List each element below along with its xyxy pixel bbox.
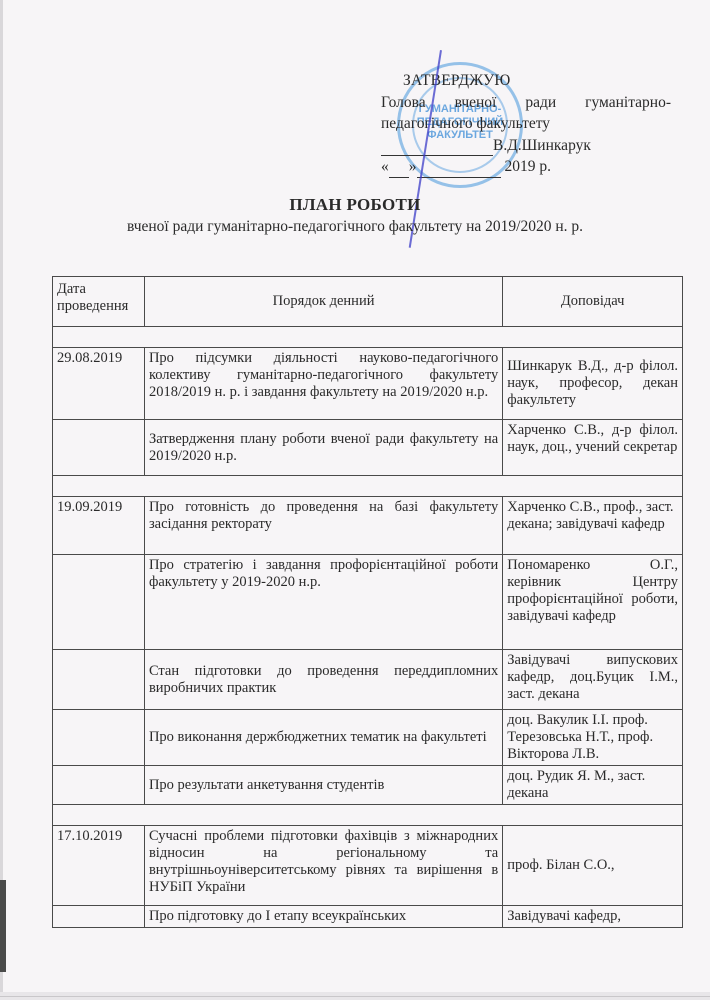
row-date xyxy=(53,906,145,928)
plan-subtitle: вченої ради гуманітарно-педагогічного фа… xyxy=(0,218,710,236)
approval-title: ЗАТВЕРДЖУЮ xyxy=(381,70,671,92)
table-row: 29.08.2019 Про підсумки діяльності науко… xyxy=(53,348,683,420)
row-date: 29.08.2019 xyxy=(53,348,145,420)
row-speaker: доц. Вакулик І.І. проф. Терезовська Н.Т.… xyxy=(503,710,683,766)
row-date xyxy=(53,650,145,710)
header-speaker: Доповідач xyxy=(503,277,683,327)
row-speaker: Завідувачі кафедр, xyxy=(503,906,683,928)
day-blank xyxy=(389,161,409,178)
approval-block: ЗАТВЕРДЖУЮ Голова вченої ради гуманітарн… xyxy=(381,70,671,178)
table-row: Стан підготовки до проведення переддипло… xyxy=(53,650,683,710)
row-date xyxy=(53,710,145,766)
table-row: Про результати анкетування студентів доц… xyxy=(53,766,683,805)
header-date: Дата проведення xyxy=(53,277,145,327)
date-quote-open: « xyxy=(381,156,389,178)
row-date xyxy=(53,766,145,805)
row-agenda: Про стратегію і завдання профорієнтаційн… xyxy=(144,555,502,650)
separator-row xyxy=(53,476,683,497)
row-speaker: доц. Рудик Я. М., заст. декана xyxy=(503,766,683,805)
row-date: 17.10.2019 xyxy=(53,826,145,906)
approval-signer: В.Д.Шинкарук xyxy=(493,135,591,157)
approval-line: педагогічного факультету xyxy=(381,113,671,135)
row-speaker: Пономаренко О.Г., керівник Центру профор… xyxy=(503,555,683,650)
row-speaker: Завідувачі випускових кафедр, доц.Буцик … xyxy=(503,650,683,710)
header-agenda: Порядок денний xyxy=(144,277,502,327)
table-row: Про стратегію і завдання профорієнтаційн… xyxy=(53,555,683,650)
work-plan-table: Дата проведення Порядок денний Доповідач… xyxy=(52,276,683,928)
row-agenda: Про підготовку до І етапу всеукраїнських xyxy=(144,906,502,928)
separator-row xyxy=(53,805,683,826)
separator-row xyxy=(53,327,683,348)
table-row: Про виконання держбюджетних тематик на ф… xyxy=(53,710,683,766)
row-date: 19.09.2019 xyxy=(53,497,145,555)
table-header-row: Дата проведення Порядок денний Доповідач xyxy=(53,277,683,327)
approval-line: Голова вченої ради гуманітарно- xyxy=(381,92,671,114)
row-speaker: Шинкарук В.Д., д-р філол. наук, професор… xyxy=(503,348,683,420)
row-agenda: Про виконання держбюджетних тематик на ф… xyxy=(144,710,502,766)
table-row: 17.10.2019 Сучасні проблеми підготовки ф… xyxy=(53,826,683,906)
scan-edge-bottom-line xyxy=(0,996,710,997)
plan-title: ПЛАН РОБОТИ xyxy=(0,195,710,215)
row-agenda: Сучасні проблеми підготовки фахівців з м… xyxy=(144,826,502,906)
table-row: 19.09.2019 Про готовність до проведення … xyxy=(53,497,683,555)
row-speaker: Харченко С.В., д-р філол. наук, доц., уч… xyxy=(503,420,683,476)
row-agenda: Про готовність до проведення на базі фак… xyxy=(144,497,502,555)
row-speaker: Харченко С.В., проф., заст. декана; заві… xyxy=(503,497,683,555)
approval-year: 2019 р. xyxy=(505,156,552,178)
row-agenda: Про результати анкетування студентів xyxy=(144,766,502,805)
row-agenda: Затвердження плану роботи вченої ради фа… xyxy=(144,420,502,476)
signature-blank xyxy=(381,139,493,156)
scan-edge-shadow xyxy=(0,880,6,972)
scan-edge-left xyxy=(0,0,3,1000)
row-date xyxy=(53,420,145,476)
table-row: Про підготовку до І етапу всеукраїнських… xyxy=(53,906,683,928)
row-agenda: Про підсумки діяльності науково-педагогі… xyxy=(144,348,502,420)
row-speaker: проф. Білан С.О., xyxy=(503,826,683,906)
date-quote-close: » xyxy=(409,156,417,178)
month-blank xyxy=(417,161,501,178)
row-agenda: Стан підготовки до проведення переддипло… xyxy=(144,650,502,710)
table-row: Затвердження плану роботи вченої ради фа… xyxy=(53,420,683,476)
row-date xyxy=(53,555,145,650)
